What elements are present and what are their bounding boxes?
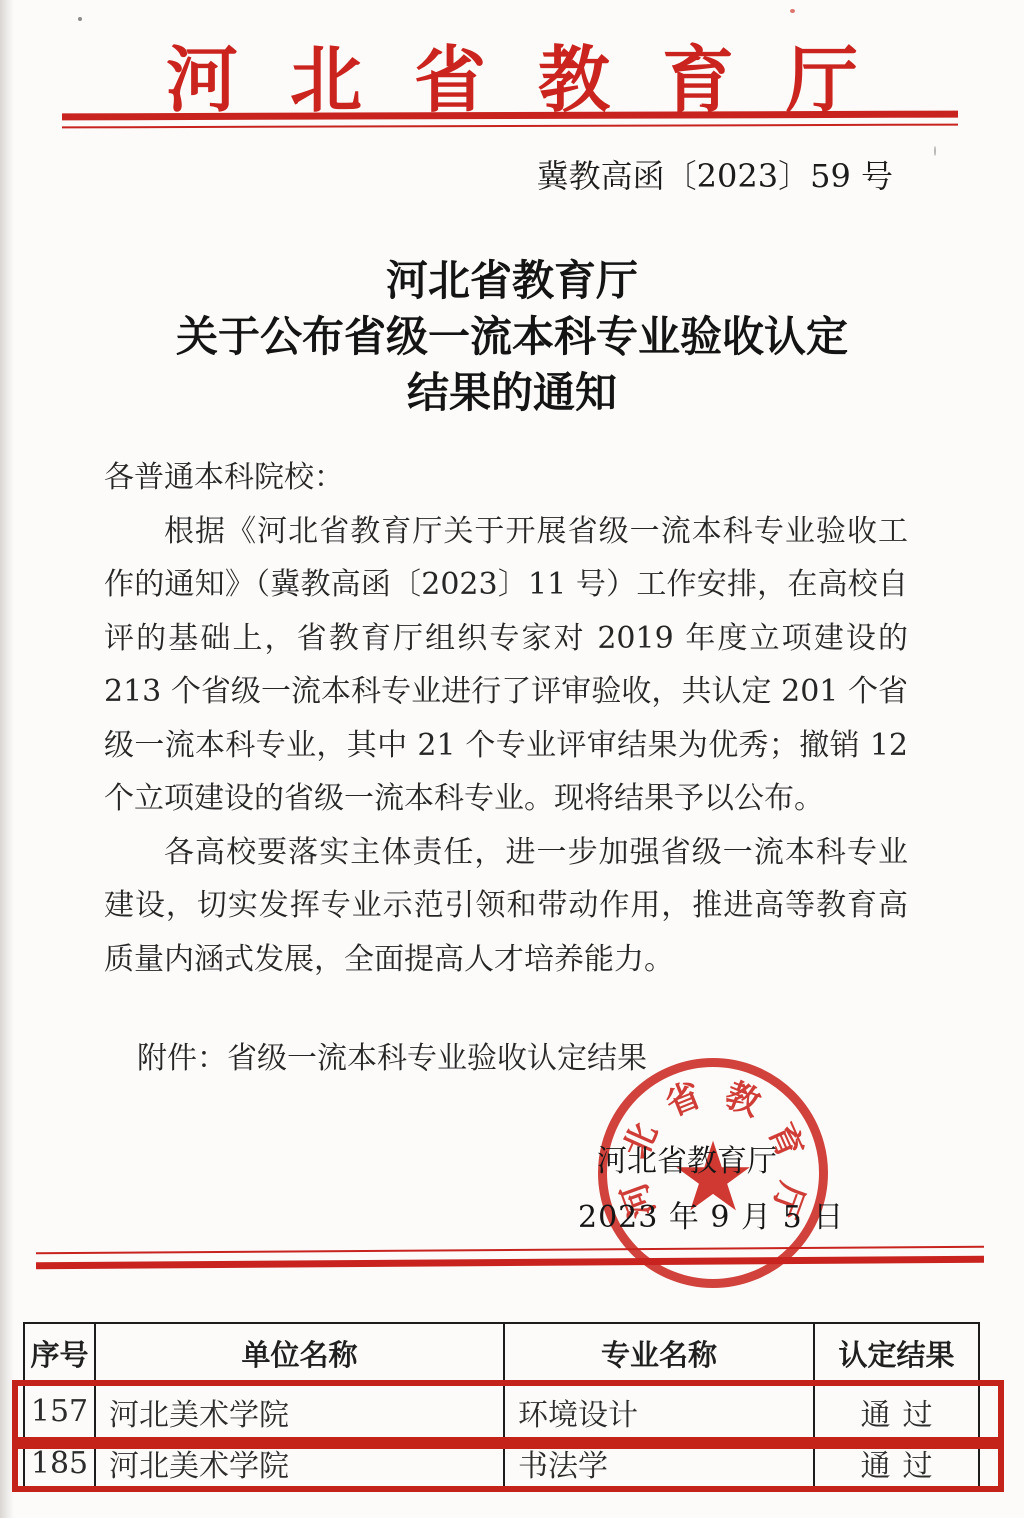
footer-rule-thin (36, 1246, 984, 1255)
issue-date: 2023 年 9 月 5 日 (578, 1192, 796, 1236)
salutation: 各普通本科院校： (104, 451, 908, 505)
notice-title-line: 结果的通知 (0, 365, 1024, 421)
col-header-unit: 单位名称 (95, 1323, 504, 1384)
cell-major: 环境设计 (504, 1384, 814, 1439)
scan-edge-shadow (0, 0, 14, 1518)
col-header-result: 认定结果 (814, 1323, 979, 1384)
scan-speck (790, 9, 795, 13)
cell-no: 185 (24, 1439, 95, 1487)
scan-speck (78, 17, 82, 21)
body-paragraph: 根据《河北省教育厅关于开展省级一流本科专业验收工作的通知》（冀教高函〔2023〕… (104, 505, 908, 826)
attachment-line: 附件：省级一流本科专业验收认定结果 (137, 1033, 647, 1077)
col-header-no: 序号 (24, 1323, 95, 1384)
footer-rule-thick (36, 1256, 984, 1270)
scanned-notice-page: 河北省教育厅 冀教高函〔2023〕59 号 河北省教育厅 关于公布省级一流本科专… (0, 0, 1024, 1518)
col-header-major: 专业名称 (504, 1323, 814, 1384)
notice-title-line: 关于公布省级一流本科专业验收认定 (0, 309, 1024, 365)
scan-speck (934, 146, 936, 156)
cell-major: 书法学 (504, 1439, 814, 1487)
cell-no: 157 (24, 1384, 95, 1439)
table-header-row: 序号 单位名称 专业名称 认定结果 (24, 1323, 979, 1384)
table-row: 185 河北美术学院 书法学 通过 (24, 1439, 979, 1487)
body-paragraph: 各高校要落实主体责任，进一步加强省级一流本科专业建设，切实发挥专业示范引领和带动… (104, 826, 908, 987)
cell-unit: 河北美术学院 (95, 1439, 504, 1487)
cell-unit: 河北美术学院 (95, 1384, 504, 1439)
results-table-wrap: 序号 单位名称 专业名称 认定结果 157 河北美术学院 环境设计 通过 185… (23, 1322, 978, 1488)
notice-body: 各普通本科院校： 根据《河北省教育厅关于开展省级一流本科专业验收工作的通知》（冀… (104, 451, 908, 986)
document-number: 冀教高函〔2023〕59 号 (537, 151, 893, 197)
notice-title-line: 河北省教育厅 (0, 253, 1024, 309)
issuer-signature: 河北省教育厅 (592, 1136, 782, 1180)
cell-result: 通过 (814, 1439, 979, 1487)
table-row: 157 河北美术学院 环境设计 通过 (24, 1384, 979, 1439)
results-table: 序号 单位名称 专业名称 认定结果 157 河北美术学院 环境设计 通过 185… (23, 1322, 980, 1488)
notice-title: 河北省教育厅 关于公布省级一流本科专业验收认定 结果的通知 (0, 253, 1024, 421)
cell-result: 通过 (814, 1384, 979, 1439)
